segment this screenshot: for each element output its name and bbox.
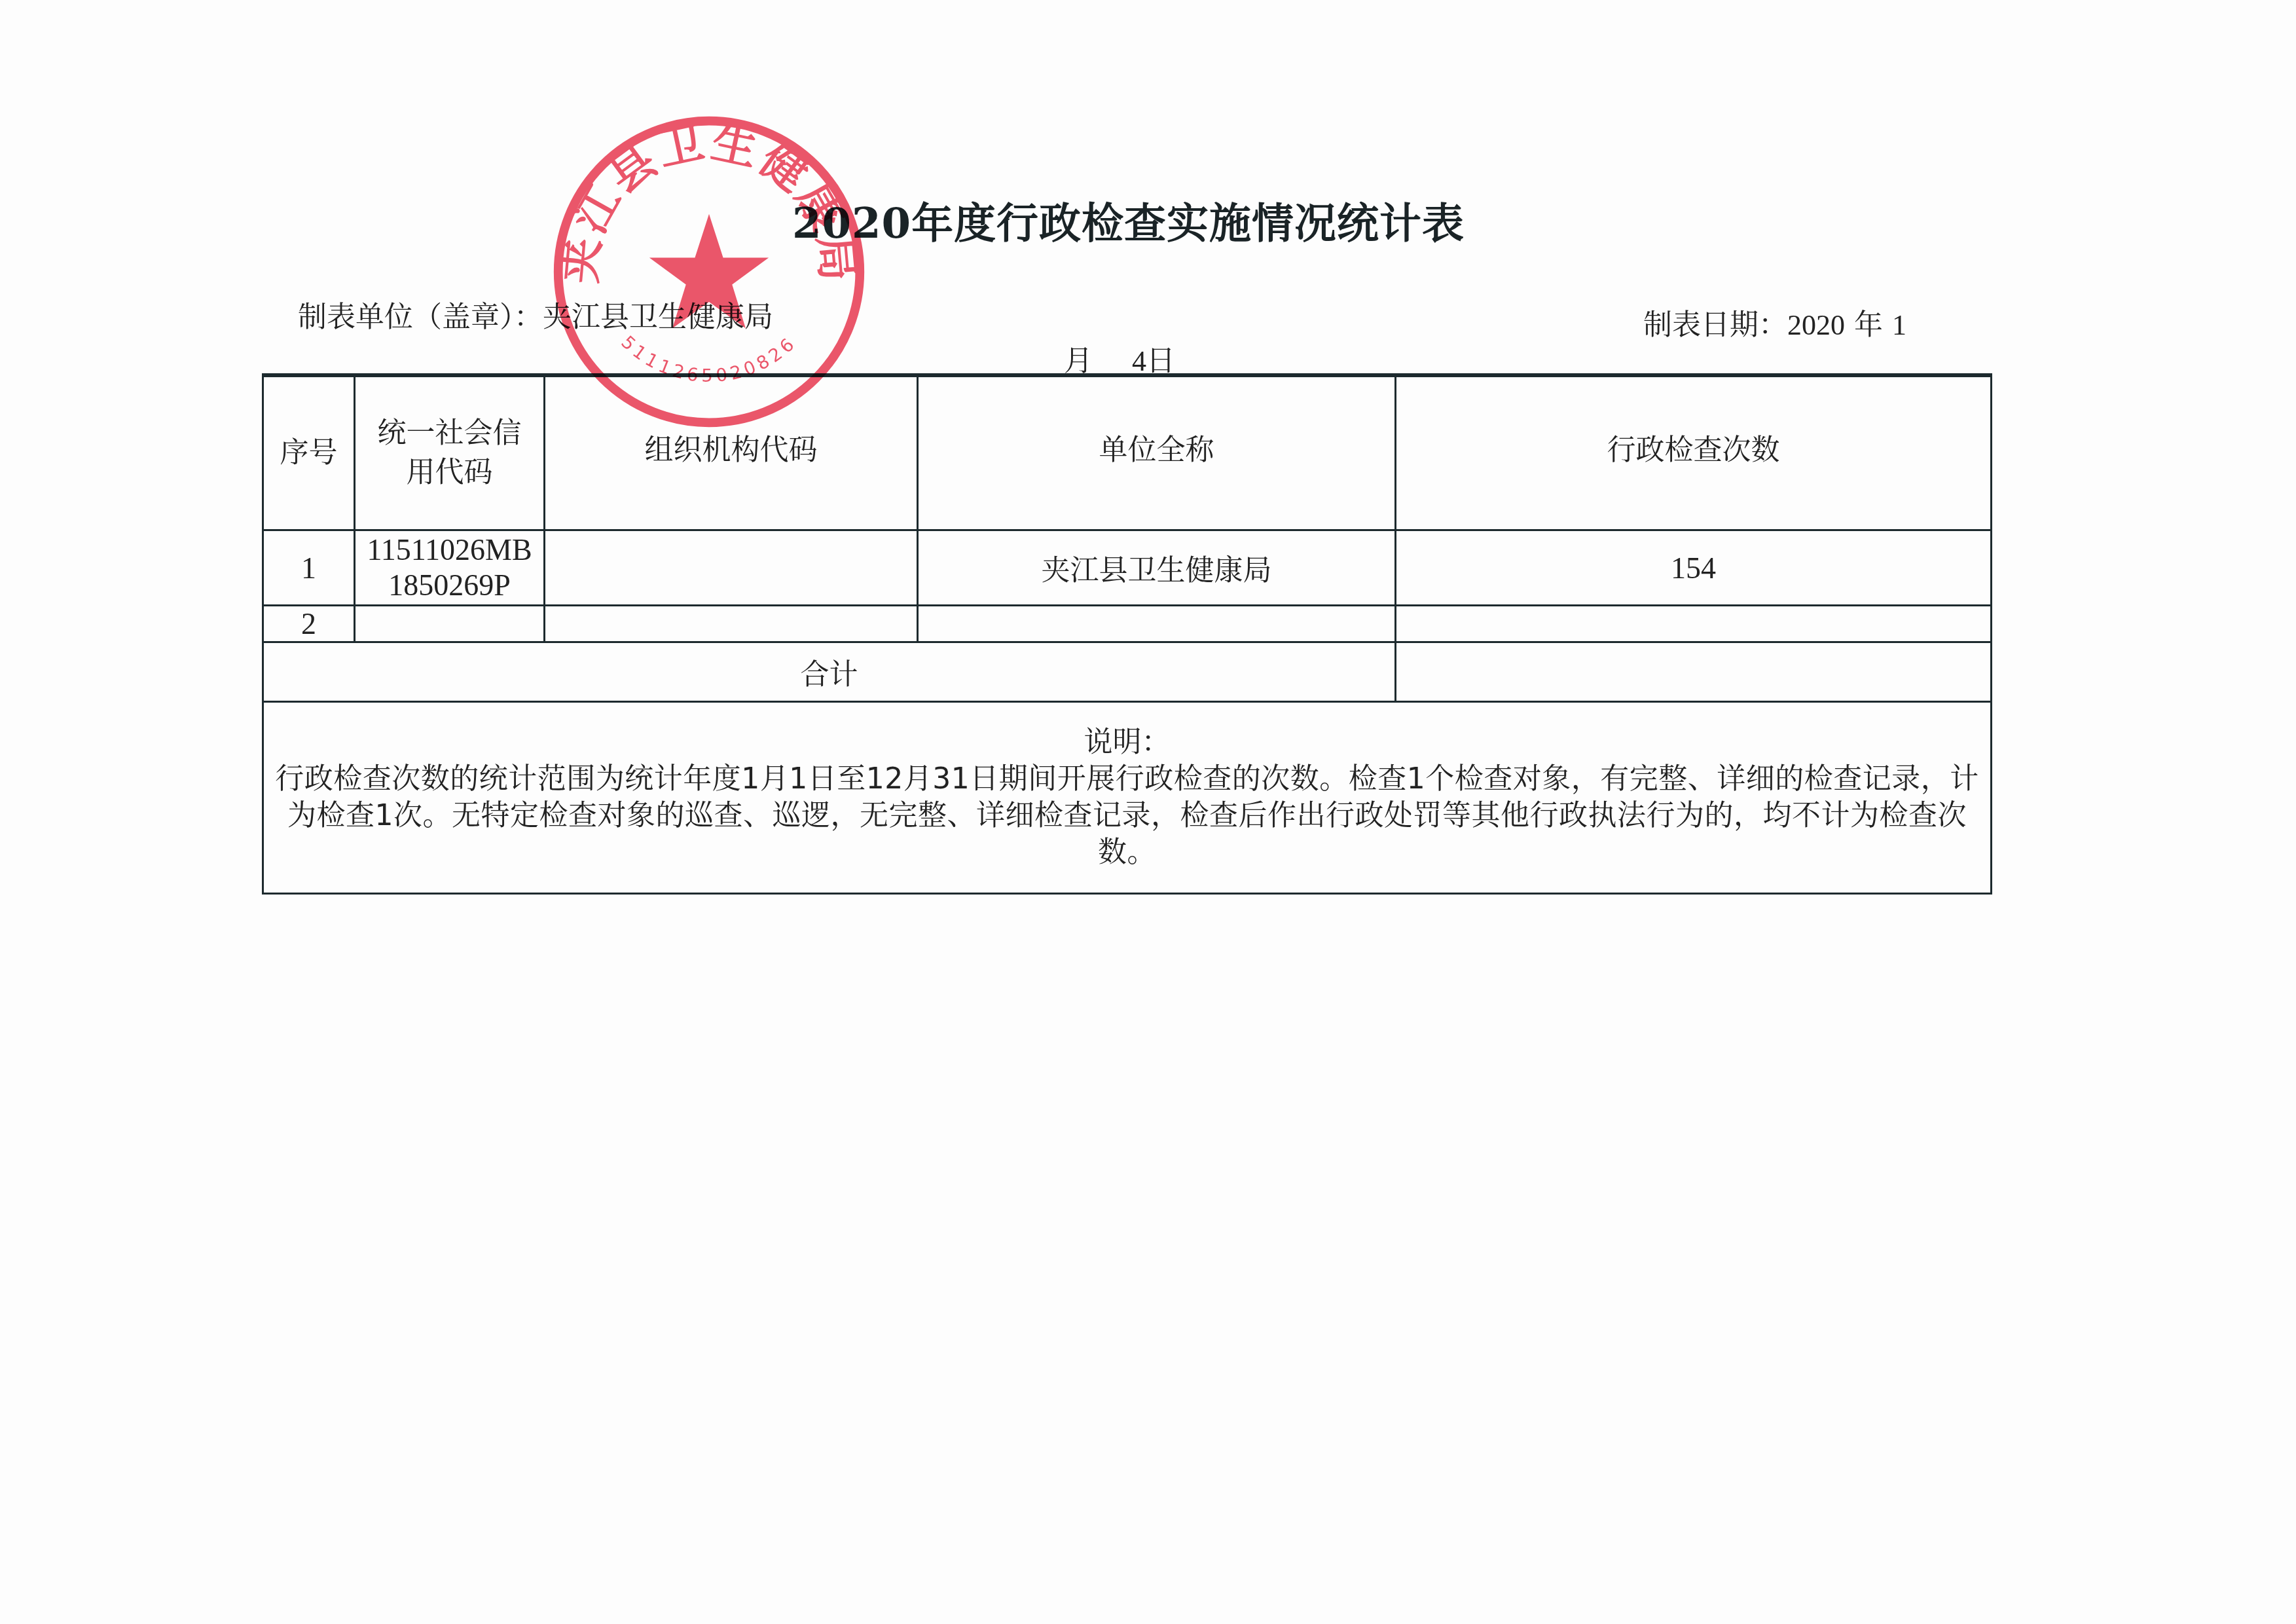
date-year-unit: 年 (1854, 308, 1883, 342)
total-label: 合计 (263, 642, 1396, 702)
row-inspection-count: 154 (1396, 530, 1992, 606)
notes-cell: 说明： 行政检查次数的统计范围为统计年度1月1日至12月31日期间开展行政检查的… (263, 702, 1992, 894)
row-seq: 2 (263, 606, 355, 642)
inspection-statistics-table: 序号 统一社会信用代码 组织机构代码 单位全称 行政检查次数 1 1151102… (262, 373, 1992, 895)
row-org-code (545, 606, 918, 642)
header-inspection-count: 行政检查次数 (1396, 375, 1992, 530)
row-credit-code (355, 606, 545, 642)
notes-label: 说明： (264, 724, 1990, 761)
preparation-date: 制表日期：2020 年 1 (1643, 301, 1906, 343)
total-value (1396, 642, 1992, 702)
preparing-unit-value: 夹江县卫生健康局 (543, 301, 773, 334)
header-credit-code: 统一社会信用代码 (355, 375, 545, 530)
table-header-row: 序号 统一社会信用代码 组织机构代码 单位全称 行政检查次数 (263, 375, 1992, 530)
date-day: 4日 (1132, 345, 1175, 377)
total-row: 合计 (263, 642, 1992, 702)
notes-row: 说明： 行政检查次数的统计范围为统计年度1月1日至12月31日期间开展行政检查的… (263, 702, 1992, 894)
date-month: 1 (1892, 309, 1906, 341)
document-title: 2020年度行政检查实施情况统计表 (792, 190, 1465, 250)
row-unit-name (918, 606, 1396, 642)
row-org-code (545, 530, 918, 606)
table-row: 2 (263, 606, 1992, 642)
date-label: 制表日期： (1643, 308, 1787, 342)
row-inspection-count (1396, 606, 1992, 642)
notes-text: 行政检查次数的统计范围为统计年度1月1日至12月31日期间开展行政检查的次数。检… (264, 761, 1990, 871)
header-unit-name: 单位全称 (918, 375, 1396, 530)
row-seq: 1 (263, 530, 355, 606)
table-row: 1 11511026MB 1850269P 夹江县卫生健康局 154 (263, 530, 1992, 606)
row-credit-code: 11511026MB 1850269P (355, 530, 545, 606)
row-unit-name: 夹江县卫生健康局 (918, 530, 1396, 606)
date-year: 2020 (1787, 309, 1845, 341)
header-seq: 序号 (263, 375, 355, 530)
preparing-unit-label: 制表单位（盖章）： (298, 301, 543, 334)
preparing-unit: 制表单位（盖章）：夹江县卫生健康局 (298, 293, 773, 335)
header-org-code: 组织机构代码 (545, 375, 918, 530)
